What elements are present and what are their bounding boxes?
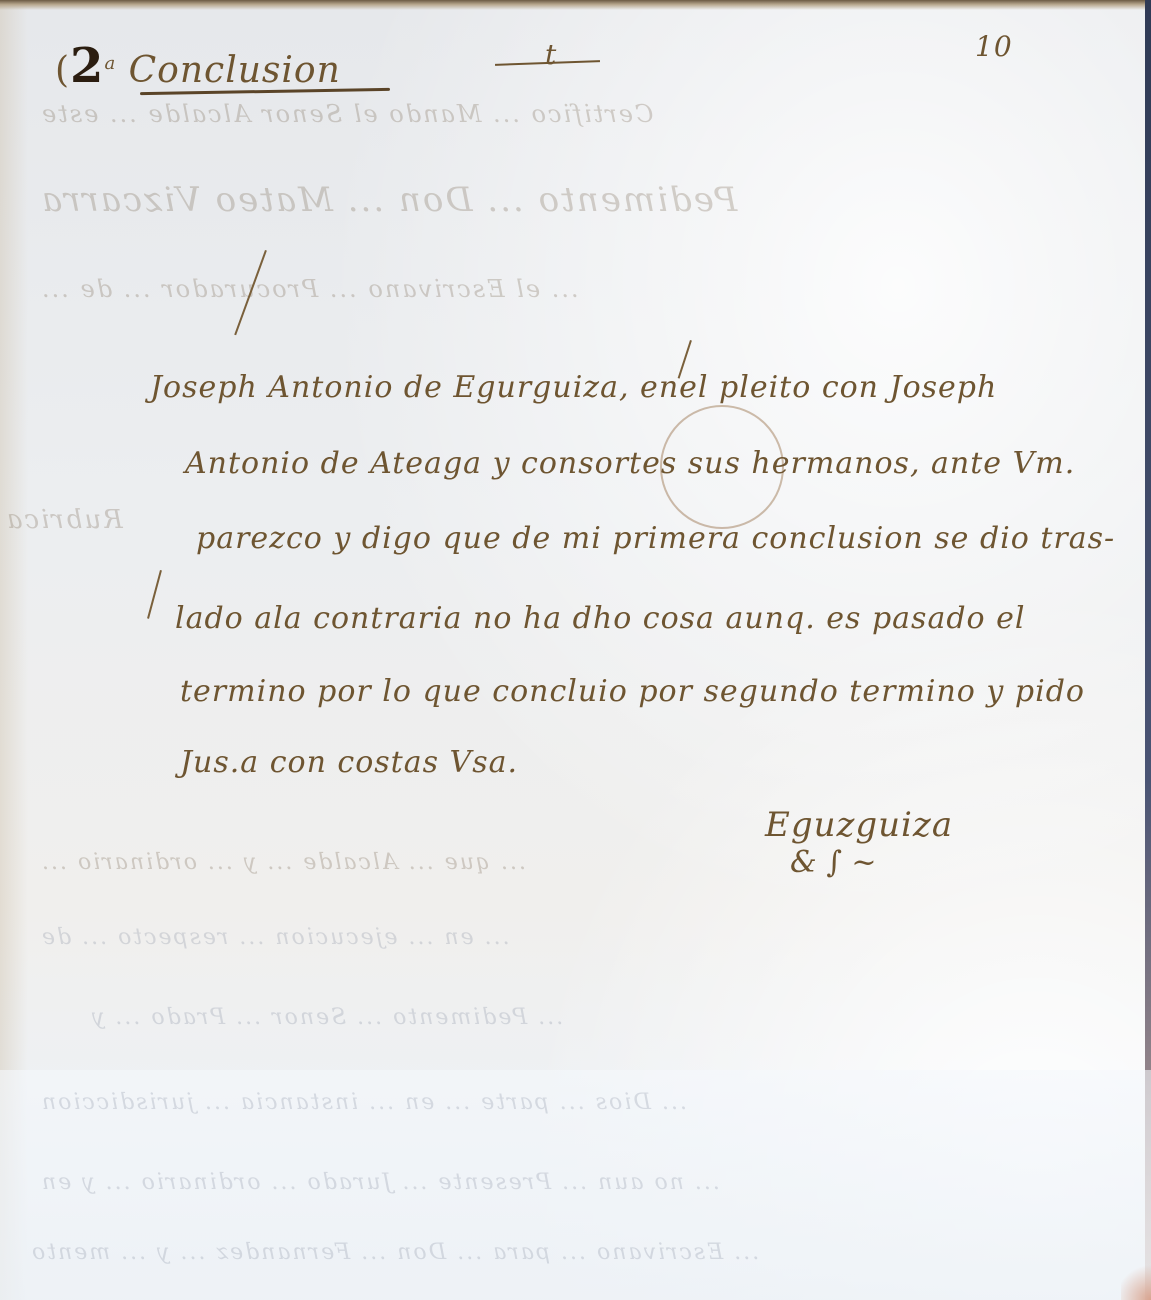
- bleed-through-margin: Rubrica: [5, 505, 123, 535]
- body-line: Antonio de Ateaga y consortes sus herman…: [185, 446, 1075, 481]
- bleed-through-line: ... Pedimento ... Senor ... Prado ... y: [90, 1005, 563, 1030]
- page-top-edge: [0, 0, 1151, 10]
- heading-superscript: a: [104, 53, 116, 74]
- page-heading: (2a Conclusion: [55, 38, 341, 94]
- bleed-through-line: ... que ... Alcalde ... y ... ordinario …: [40, 850, 526, 875]
- pen-stroke: [147, 570, 162, 619]
- body-line: Jus.a con costas Vsa.: [180, 745, 518, 780]
- signature: Eguzguiza: [765, 805, 953, 845]
- margin-mark: t: [545, 38, 557, 71]
- bleed-through-line: ... no aun ... Presente ... Jurado ... o…: [40, 1170, 720, 1195]
- heading-title: Conclusion: [129, 50, 341, 91]
- bleed-through-line: Certifico ... Mando el Senor Alcalde ...…: [40, 100, 653, 128]
- body-line: lado ala contraria no ha dho cosa aunq. …: [175, 601, 1026, 636]
- manuscript-page: Certifico ... Mando el Senor Alcalde ...…: [0, 0, 1151, 1300]
- signature-rubric: & ∫ ~: [790, 845, 877, 880]
- body-line: Joseph Antonio de Egurguiza, enel pleito…: [150, 370, 997, 405]
- bleed-through-line: ... en ... ejecucion ... respecto ... de: [40, 925, 510, 950]
- body-line: termino por lo que concluio por segundo …: [180, 674, 1085, 709]
- page-corner-shadow: [1121, 1260, 1151, 1300]
- bleed-through-line: ... Dios ... parte ... en ... instancia …: [40, 1090, 687, 1115]
- bleed-through-line: Pedimento ... Don ... Mateo Vizcarra: [40, 180, 737, 220]
- bleed-through-line: ... el Escrivano ... Procurador ... de .…: [40, 275, 579, 303]
- bleed-through-line: ... Escrivano ... para ... Don ... Ferna…: [30, 1240, 759, 1265]
- body-line: parezco y digo que de mi primera conclus…: [196, 521, 1115, 556]
- heading-number: 2: [70, 38, 104, 94]
- folio-number: 10: [975, 30, 1013, 63]
